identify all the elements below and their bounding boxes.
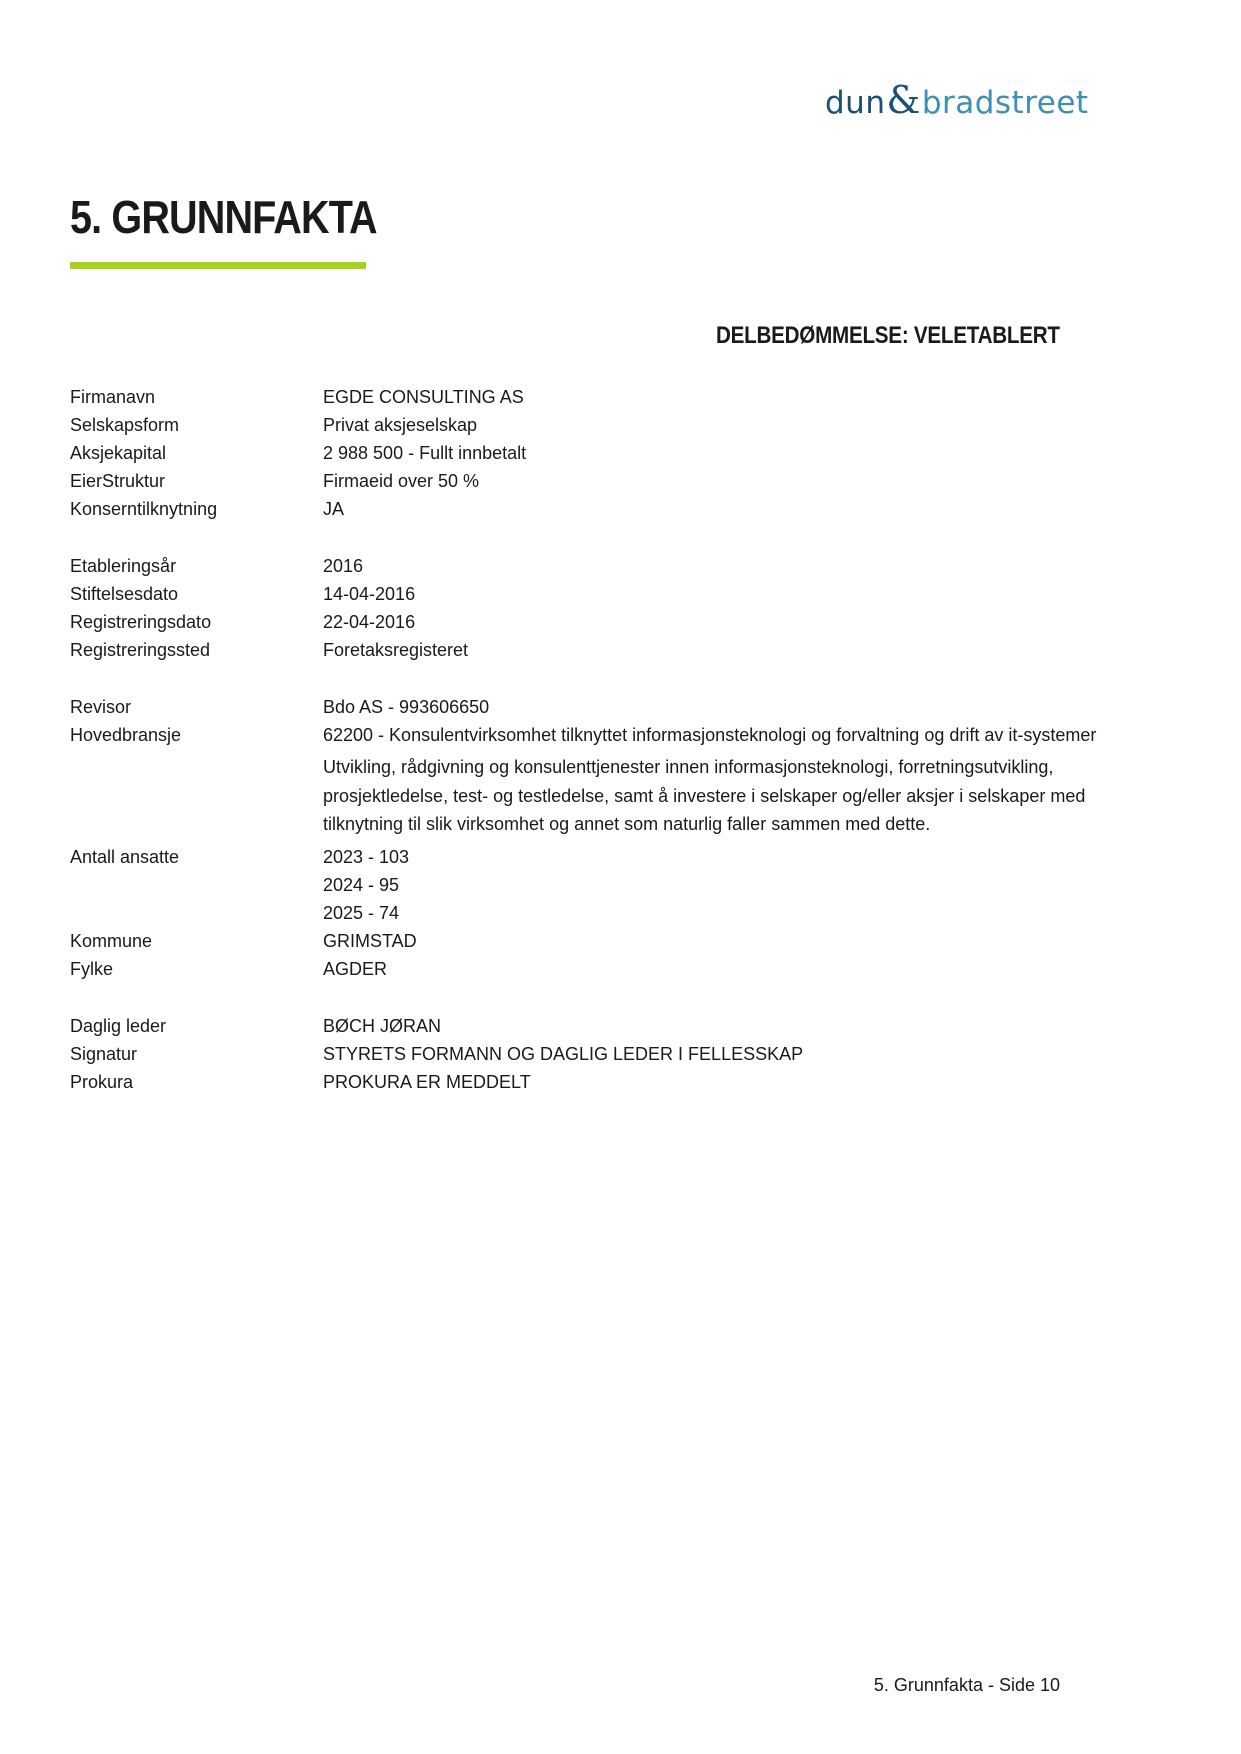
- fact-value: PROKURA ER MEDDELT: [323, 1068, 1170, 1096]
- fact-label: Kommune: [70, 927, 323, 955]
- fact-row: Aksjekapital2 988 500 - Fullt innbetalt: [70, 439, 1170, 467]
- fact-value: GRIMSTAD: [323, 927, 1170, 955]
- fact-label: EierStruktur: [70, 467, 323, 495]
- fact-row: Stiftelsesdato14-04-2016: [70, 580, 1170, 608]
- facts-group-management: Daglig lederBØCH JØRANSignaturSTYRETS FO…: [70, 1012, 1170, 1096]
- fact-label: Selskapsform: [70, 411, 323, 439]
- fact-value: 2023 - 103: [323, 843, 1170, 871]
- facts-table: FirmanavnEGDE CONSULTING ASSelskapsformP…: [70, 383, 1170, 1096]
- fact-value: BØCH JØRAN: [323, 1012, 1170, 1040]
- fact-row: SelskapsformPrivat aksjeselskap: [70, 411, 1170, 439]
- fact-label: Prokura: [70, 1068, 323, 1096]
- fact-label: Fylke: [70, 955, 323, 983]
- logo-text-bradstreet: bradstreet: [922, 85, 1089, 121]
- fact-label: Antall ansatte: [70, 843, 323, 871]
- facts-group-location: KommuneGRIMSTADFylkeAGDER: [70, 927, 1170, 983]
- fact-value: Firmaeid over 50 %: [323, 467, 1170, 495]
- logo-ampersand-icon: &: [886, 78, 920, 122]
- fact-label: Registreringsdato: [70, 608, 323, 636]
- fact-value: EGDE CONSULTING AS: [323, 383, 1170, 411]
- fact-label: Stiftelsesdato: [70, 580, 323, 608]
- fact-row: RevisorBdo AS - 993606650: [70, 693, 1170, 721]
- fact-label: Aksjekapital: [70, 439, 323, 467]
- dun-bradstreet-logo: dun & bradstreet: [825, 78, 1089, 122]
- fact-value: 2025 - 74: [323, 899, 1170, 927]
- employees-entry: 2024 - 95: [70, 871, 1170, 899]
- fact-label: Revisor: [70, 693, 323, 721]
- fact-row: KonserntilknytningJA: [70, 495, 1170, 523]
- employees-entry: Antall ansatte2023 - 103: [70, 843, 1170, 871]
- rating-heading: DELBEDØMMELSE: VELETABLERT: [716, 322, 1060, 350]
- fact-row: KommuneGRIMSTAD: [70, 927, 1170, 955]
- fact-value: 2024 - 95: [323, 871, 1170, 899]
- facts-group-industry: RevisorBdo AS - 993606650Hovedbransje622…: [70, 693, 1170, 749]
- facts-group-company: FirmanavnEGDE CONSULTING ASSelskapsformP…: [70, 383, 1170, 523]
- fact-value: Bdo AS - 993606650: [323, 693, 1170, 721]
- fact-label: Etableringsår: [70, 552, 323, 580]
- employees-row: Antall ansatte2023 - 1032024 - 952025 - …: [70, 843, 1170, 927]
- fact-row: SignaturSTYRETS FORMANN OG DAGLIG LEDER …: [70, 1040, 1170, 1068]
- logo-text-dun: dun: [825, 85, 885, 121]
- fact-label: Hovedbransje: [70, 721, 323, 749]
- fact-value: Privat aksjeselskap: [323, 411, 1170, 439]
- fact-row: Daglig lederBØCH JØRAN: [70, 1012, 1170, 1040]
- fact-row: Etableringsår2016: [70, 552, 1170, 580]
- page-footer: 5. Grunnfakta - Side 10: [874, 1675, 1060, 1696]
- fact-label: Registreringssted: [70, 636, 323, 664]
- purpose-row: Utvikling, rådgivning og konsulenttjenes…: [70, 749, 1170, 843]
- page-title: 5. GRUNNFAKTA: [70, 190, 377, 244]
- fact-value: Foretaksregisteret: [323, 636, 1170, 664]
- fact-value: AGDER: [323, 955, 1170, 983]
- fact-label: Konserntilknytning: [70, 495, 323, 523]
- fact-row: FylkeAGDER: [70, 955, 1170, 983]
- fact-row: RegistreringsstedForetaksregisteret: [70, 636, 1170, 664]
- fact-label: Signatur: [70, 1040, 323, 1068]
- fact-value: JA: [323, 495, 1170, 523]
- employees-entry: 2025 - 74: [70, 899, 1170, 927]
- fact-row: Hovedbransje62200 - Konsulentvirksomhet …: [70, 721, 1170, 749]
- fact-value: 14-04-2016: [323, 580, 1170, 608]
- fact-label: Daglig leder: [70, 1012, 323, 1040]
- fact-row: ProkuraPROKURA ER MEDDELT: [70, 1068, 1170, 1096]
- title-underline: [70, 262, 366, 269]
- fact-value: 2016: [323, 552, 1170, 580]
- fact-value: STYRETS FORMANN OG DAGLIG LEDER I FELLES…: [323, 1040, 1170, 1068]
- fact-row: FirmanavnEGDE CONSULTING AS: [70, 383, 1170, 411]
- fact-value: 22-04-2016: [323, 608, 1170, 636]
- fact-value: 2 988 500 - Fullt innbetalt: [323, 439, 1170, 467]
- purpose-text: Utvikling, rådgivning og konsulenttjenes…: [323, 749, 1170, 843]
- fact-label: Firmanavn: [70, 383, 323, 411]
- fact-row: EierStrukturFirmaeid over 50 %: [70, 467, 1170, 495]
- fact-row: Registreringsdato22-04-2016: [70, 608, 1170, 636]
- fact-value: 62200 - Konsulentvirksomhet tilknyttet i…: [323, 721, 1170, 749]
- facts-group-registration: Etableringsår2016Stiftelsesdato14-04-201…: [70, 552, 1170, 664]
